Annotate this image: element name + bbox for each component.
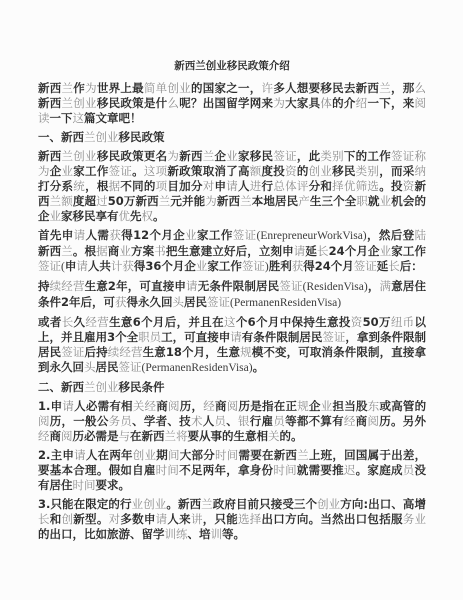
light-glyph-run: 请 (230, 330, 242, 344)
light-glyph-run: 据 (96, 244, 108, 258)
light-glyph-run: 业创业 (132, 497, 167, 511)
light-glyph-run: 阅读 (38, 96, 426, 125)
latin-text-run: (EnrepreneurWorkVisa) (256, 230, 366, 242)
light-glyph-run: 择优筛选 (332, 179, 379, 193)
light-glyph-run: 长 (317, 244, 329, 258)
light-glyph-run: 签证 (109, 164, 133, 178)
light-glyph-run: 计获 (111, 259, 134, 273)
light-glyph-run: 请 (62, 399, 74, 413)
light-glyph-run: 兰创业 (62, 149, 97, 163)
document-body: 新西兰作为世界上最简单创业的国家之一，许多人想要移民去新西兰，那么新西兰创业移民… (38, 81, 426, 542)
light-glyph-run: 这 (73, 111, 85, 125)
paragraph: 3.只能在限定的行业创业。新西兰政府目前只接受三个创业方向:出口、高增长和创新型… (38, 497, 426, 542)
light-glyph-run: 获 (292, 259, 304, 273)
light-glyph-run: 阅 (61, 429, 73, 443)
light-glyph-run: 经营 (85, 315, 109, 329)
light-glyph-run: 术 (191, 414, 203, 428)
light-glyph-run: 签证 (207, 295, 230, 309)
light-glyph-run: 关经 (133, 399, 156, 413)
light-glyph-run: 阅 (168, 399, 180, 413)
section-heading: 一、新西兰创业移民政策 (38, 130, 426, 145)
light-glyph-run: 请 (226, 179, 238, 193)
paragraph: 新西兰创业移民政策更名为新西兰企业家移民签证，此类别下的工作签证称为企业家工作签… (38, 149, 426, 224)
light-glyph-run: 业 (380, 244, 392, 258)
document-title: 新西兰创业移民政策介绍 (38, 60, 426, 73)
light-glyph-run: 选择 (238, 512, 262, 526)
light-glyph-run: 兰 (240, 194, 252, 208)
light-glyph-run: 阅 (227, 399, 239, 413)
light-glyph-run: 兰创业 (84, 130, 119, 144)
light-glyph-run: 这 (224, 315, 236, 329)
latin-text-run: (PermanenResidenVisa) (230, 297, 341, 309)
light-glyph-run: 总体评 (273, 179, 308, 193)
light-glyph-run: 为 (273, 96, 285, 110)
light-glyph-run: 业 (62, 164, 74, 178)
light-glyph-run: 经 (344, 414, 356, 428)
light-glyph-run: 兰 (201, 497, 213, 511)
light-glyph-run: 训练 (165, 527, 188, 541)
light-glyph-run: 据 (109, 179, 121, 193)
light-glyph-run: 书 (154, 244, 166, 258)
light-glyph-run: 请 (156, 512, 168, 526)
light-glyph-run: 创 (62, 512, 74, 526)
light-glyph-run: 陆 (415, 228, 427, 242)
paragraph: 新西兰作为世界上最简单创业的国家之一，许多人想要移民去新西兰，那么新西兰创业移民… (38, 81, 426, 126)
light-glyph-run: 时间 (273, 463, 297, 477)
light-glyph-run: 长 (62, 315, 74, 329)
light-glyph-run: 兰创业 (62, 96, 97, 110)
light-glyph-run: 对 (203, 179, 215, 193)
light-glyph-run: 迟 (344, 463, 356, 477)
light-glyph-run: 创业 (133, 448, 156, 462)
light-glyph-run: 务员 (109, 414, 133, 428)
light-glyph-run: 简单创业 (144, 81, 191, 95)
light-glyph-run: 职 (356, 194, 368, 208)
light-glyph-run: 兰 (159, 194, 171, 208)
light-glyph-run: 创业 (317, 497, 340, 511)
light-glyph-run: 项 (156, 179, 168, 193)
light-glyph-run: 进 (250, 179, 262, 193)
light-glyph-run: 规 (240, 345, 252, 359)
light-glyph-run: 续经营 (108, 345, 143, 359)
light-glyph-run: 银 (238, 414, 250, 428)
light-glyph-run: 类别 (356, 164, 380, 178)
light-glyph-run: 为 (85, 81, 97, 95)
light-glyph-run: 业 (226, 149, 238, 163)
light-glyph-run: 职员 (138, 330, 161, 344)
latin-text-run: ( (61, 261, 65, 273)
light-glyph-run: 请 (76, 259, 88, 273)
light-glyph-run: 请 (294, 244, 306, 258)
light-glyph-run: 签证 (354, 259, 377, 273)
light-glyph-run: 务业 (403, 512, 426, 526)
paragraph: 1.申请人必需有相关经商阅历，经商阅历是指在正规企业担当股东或高管的阅历，一般公… (38, 399, 426, 444)
light-glyph-run: 资 (403, 179, 415, 193)
light-glyph-run: 签证 (61, 345, 84, 359)
light-glyph-run: 业 (50, 209, 62, 223)
light-glyph-run: 绍 (356, 96, 368, 110)
paragraph: 2.主申请人在两年创业期间大部分时间需要在新西兰上班，回国属于出差，要基本合理。… (38, 448, 426, 493)
light-glyph-run: 体 (320, 96, 332, 110)
light-glyph-run: 么 (415, 81, 427, 95)
light-glyph-run: 满 (380, 279, 392, 293)
document-page: 新西兰创业移民政策介绍 新西兰作为世界上最简单创业的国家之一，许多人想要移民去新… (0, 0, 463, 600)
light-glyph-run: 员 (403, 463, 415, 477)
light-glyph-run: 时间 (73, 478, 96, 492)
light-glyph-run: 为 (205, 194, 217, 208)
light-glyph-run: 兰 (379, 81, 391, 95)
section-heading: 二、新西兰创业移民条件 (38, 380, 426, 395)
light-glyph-run: 创业 (309, 164, 333, 178)
light-glyph-run: 长 (388, 259, 400, 273)
light-glyph-run: 资 (285, 164, 297, 178)
paragraph: 或者长久经营生意6个月后，并且在这个6个月中保持生意投资50万纽币以上，并且雇用… (38, 315, 426, 376)
light-glyph-run: 业 (119, 244, 131, 258)
paragraph: 首先申请人需获得12个月企业家工作签证(EnrepreneurWorkVisa)… (38, 228, 426, 275)
light-glyph-run: 长 (38, 512, 50, 526)
light-glyph-run: 产 (298, 194, 310, 208)
light-glyph-run: 业 (185, 228, 197, 242)
light-glyph-run: 签证 (273, 149, 297, 163)
light-glyph-run: 业 (321, 399, 333, 413)
light-glyph-run: 兰创业 (84, 380, 119, 394)
light-glyph-run: 经 (38, 429, 50, 443)
light-glyph-run: 签证 (38, 259, 61, 273)
light-glyph-run: 对 (109, 512, 121, 526)
light-glyph-run: 业 (380, 194, 392, 208)
light-glyph-run: 间 (168, 448, 180, 462)
light-glyph-run: 关 (268, 429, 280, 443)
light-glyph-run: 续经营 (50, 279, 85, 293)
light-glyph-run: 获 (109, 228, 121, 242)
light-glyph-run: 请 (74, 448, 86, 462)
light-glyph-run: 签证 (242, 259, 265, 273)
light-glyph-run: 过 (96, 194, 108, 208)
light-glyph-run: 头 (173, 295, 185, 309)
light-glyph-run: 请 (74, 228, 86, 242)
light-glyph-run: 签证 (119, 360, 142, 374)
light-glyph-run: 员 (214, 414, 226, 428)
latin-text-run: (PermanenResidenVisa) (142, 362, 253, 374)
light-glyph-run: 请 (186, 279, 198, 293)
light-glyph-run: 员 (273, 414, 285, 428)
light-glyph-run: 阅 (38, 414, 50, 428)
light-glyph-run: 兰 (297, 448, 309, 462)
light-glyph-run: 业 (196, 259, 208, 273)
latin-text-run: (ResidenVisa) (303, 281, 368, 293)
light-glyph-run: 兰额 (50, 194, 73, 208)
light-glyph-run: 阅 (367, 414, 379, 428)
light-glyph-run: 兰将 (165, 429, 188, 443)
light-glyph-run: 训 (211, 527, 223, 541)
light-glyph-run: 类别 (320, 149, 344, 163)
light-glyph-run: 兰 (203, 149, 215, 163)
light-glyph-run: 纽币 (391, 315, 415, 329)
light-glyph-run: 为 (167, 149, 179, 163)
light-glyph-run: 许 (262, 81, 274, 95)
light-glyph-run: 统 (73, 179, 85, 193)
light-glyph-run: 头 (84, 360, 96, 374)
light-glyph-run: 讲 (191, 512, 203, 526)
light-glyph-run: 纳 (415, 164, 427, 178)
light-glyph-run: 与 (119, 429, 131, 443)
light-glyph-run: 经 (203, 399, 215, 413)
light-glyph-run: 时间 (156, 463, 180, 477)
light-glyph-run: 优 (119, 209, 131, 223)
light-glyph-run: 兰 (61, 244, 73, 258)
light-glyph-run: 这项 (144, 164, 168, 178)
paragraph: 持续经营生意2年，可直接申请无条件限制居民签证(ResidenVisa)，满意居… (38, 279, 426, 311)
light-glyph-run: 获 (115, 295, 127, 309)
light-glyph-run: 东 (368, 399, 380, 413)
light-glyph-run: 权 (142, 209, 154, 223)
light-glyph-run: 时间 (215, 448, 238, 462)
light-glyph-run: 么 (167, 96, 179, 110)
light-glyph-run: 规 (297, 399, 309, 413)
latin-text-run: ) (265, 261, 269, 273)
light-glyph-run: 签证 (279, 279, 302, 293)
light-glyph-run: 签证 (233, 228, 257, 242)
light-glyph-run: 资 (351, 315, 363, 329)
light-glyph-run: 签证 (322, 330, 345, 344)
light-glyph-run: 兰 (62, 81, 74, 95)
light-glyph-run: 额 (250, 164, 262, 178)
